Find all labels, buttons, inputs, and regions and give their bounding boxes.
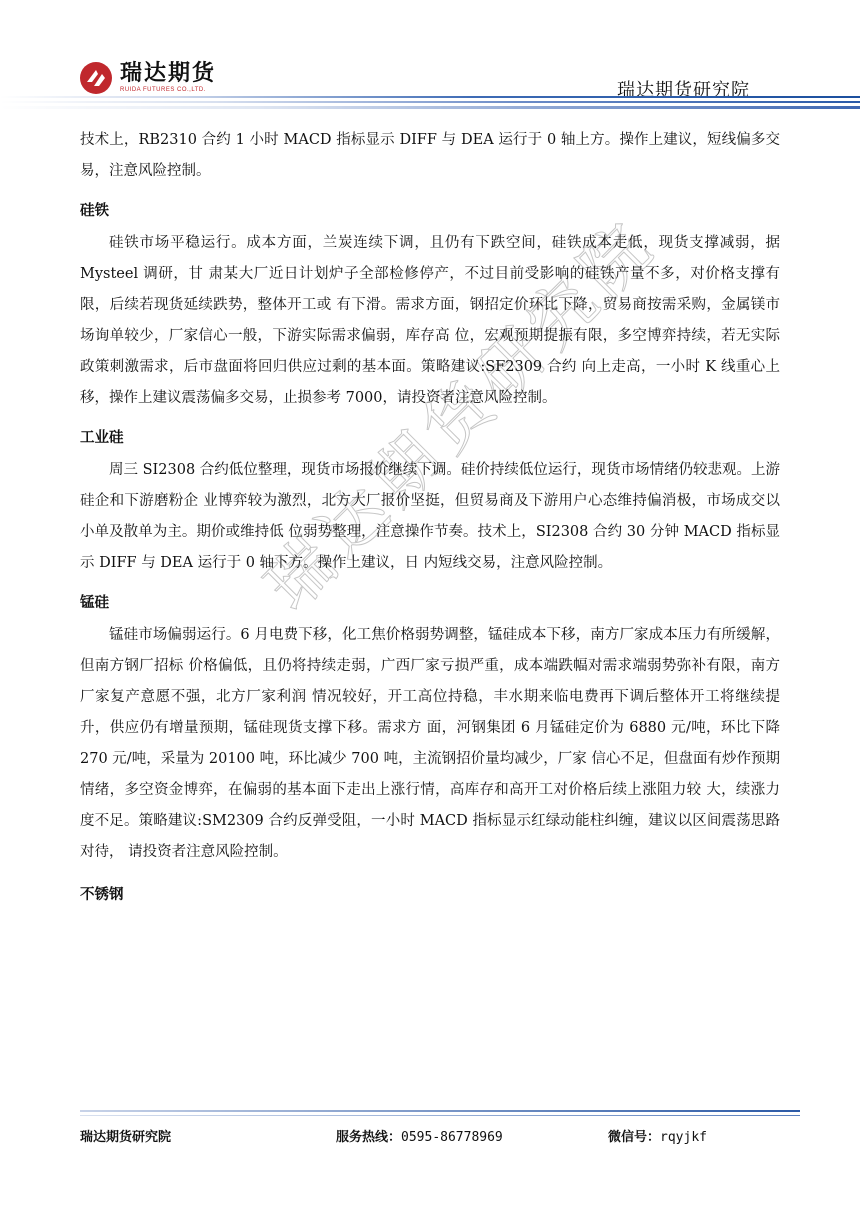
section-body: 锰硅市场偏弱运行。6 月电费下移，化工焦价格弱势调整，锰硅成本下移，南方厂家成本… [80, 620, 780, 868]
header-divider [0, 96, 860, 112]
section-title: 不锈钢 [80, 882, 780, 908]
footer-divider [80, 1110, 800, 1118]
footer-wechat: 微信号：rqyjkf [608, 1126, 707, 1145]
section-title: 硅铁 [80, 198, 780, 224]
hotline-label: 服务热线： [336, 1130, 401, 1145]
wechat-value: rqyjkf [660, 1130, 707, 1145]
logo-english-name: RUIDA FUTURES CO.,LTD. [120, 86, 216, 94]
section-body: 周三 SI2308 合约低位整理，现货市场报价继续下调。硅价持续低位运行，现货市… [80, 455, 780, 579]
wechat-label: 微信号： [608, 1130, 660, 1145]
section-title: 锰硅 [80, 590, 780, 616]
section-body: 硅铁市场平稳运行。成本方面，兰炭连续下调，且仍有下跌空间，硅铁成本走低，现货支撑… [80, 228, 780, 414]
page-header: 瑞达期货 RUIDA FUTURES CO.,LTD. 瑞达期货研究院 [0, 0, 860, 118]
logo-chinese-name: 瑞达期货 [120, 62, 216, 86]
hotline-value: 0595-86778969 [401, 1130, 503, 1145]
section-industrial-silicon: 工业硅 周三 SI2308 合约低位整理，现货市场报价继续下调。硅价持续低位运行… [80, 425, 780, 579]
section-title: 工业硅 [80, 425, 780, 451]
footer-org: 瑞达期货研究院 [80, 1126, 171, 1145]
section-ferrosilicon: 硅铁 硅铁市场平稳运行。成本方面，兰炭连续下调，且仍有下跌空间，硅铁成本走低，现… [80, 198, 780, 414]
ruida-logo-icon [78, 60, 114, 96]
section-silicomanganese: 锰硅 锰硅市场偏弱运行。6 月电费下移，化工焦价格弱势调整，锰硅成本下移，南方厂… [80, 590, 780, 868]
page-footer: 瑞达期货研究院 服务热线：0595-86778969 微信号：rqyjkf [80, 1110, 800, 1150]
company-logo: 瑞达期货 RUIDA FUTURES CO.,LTD. [78, 60, 216, 96]
section-stainless-steel: 不锈钢 [80, 882, 780, 908]
footer-hotline: 服务热线：0595-86778969 [336, 1126, 503, 1145]
intro-paragraph: 技术上，RB2310 合约 1 小时 MACD 指标显示 DIFF 与 DEA … [80, 125, 780, 187]
document-body: 技术上，RB2310 合约 1 小时 MACD 指标显示 DIFF 与 DEA … [80, 125, 780, 912]
